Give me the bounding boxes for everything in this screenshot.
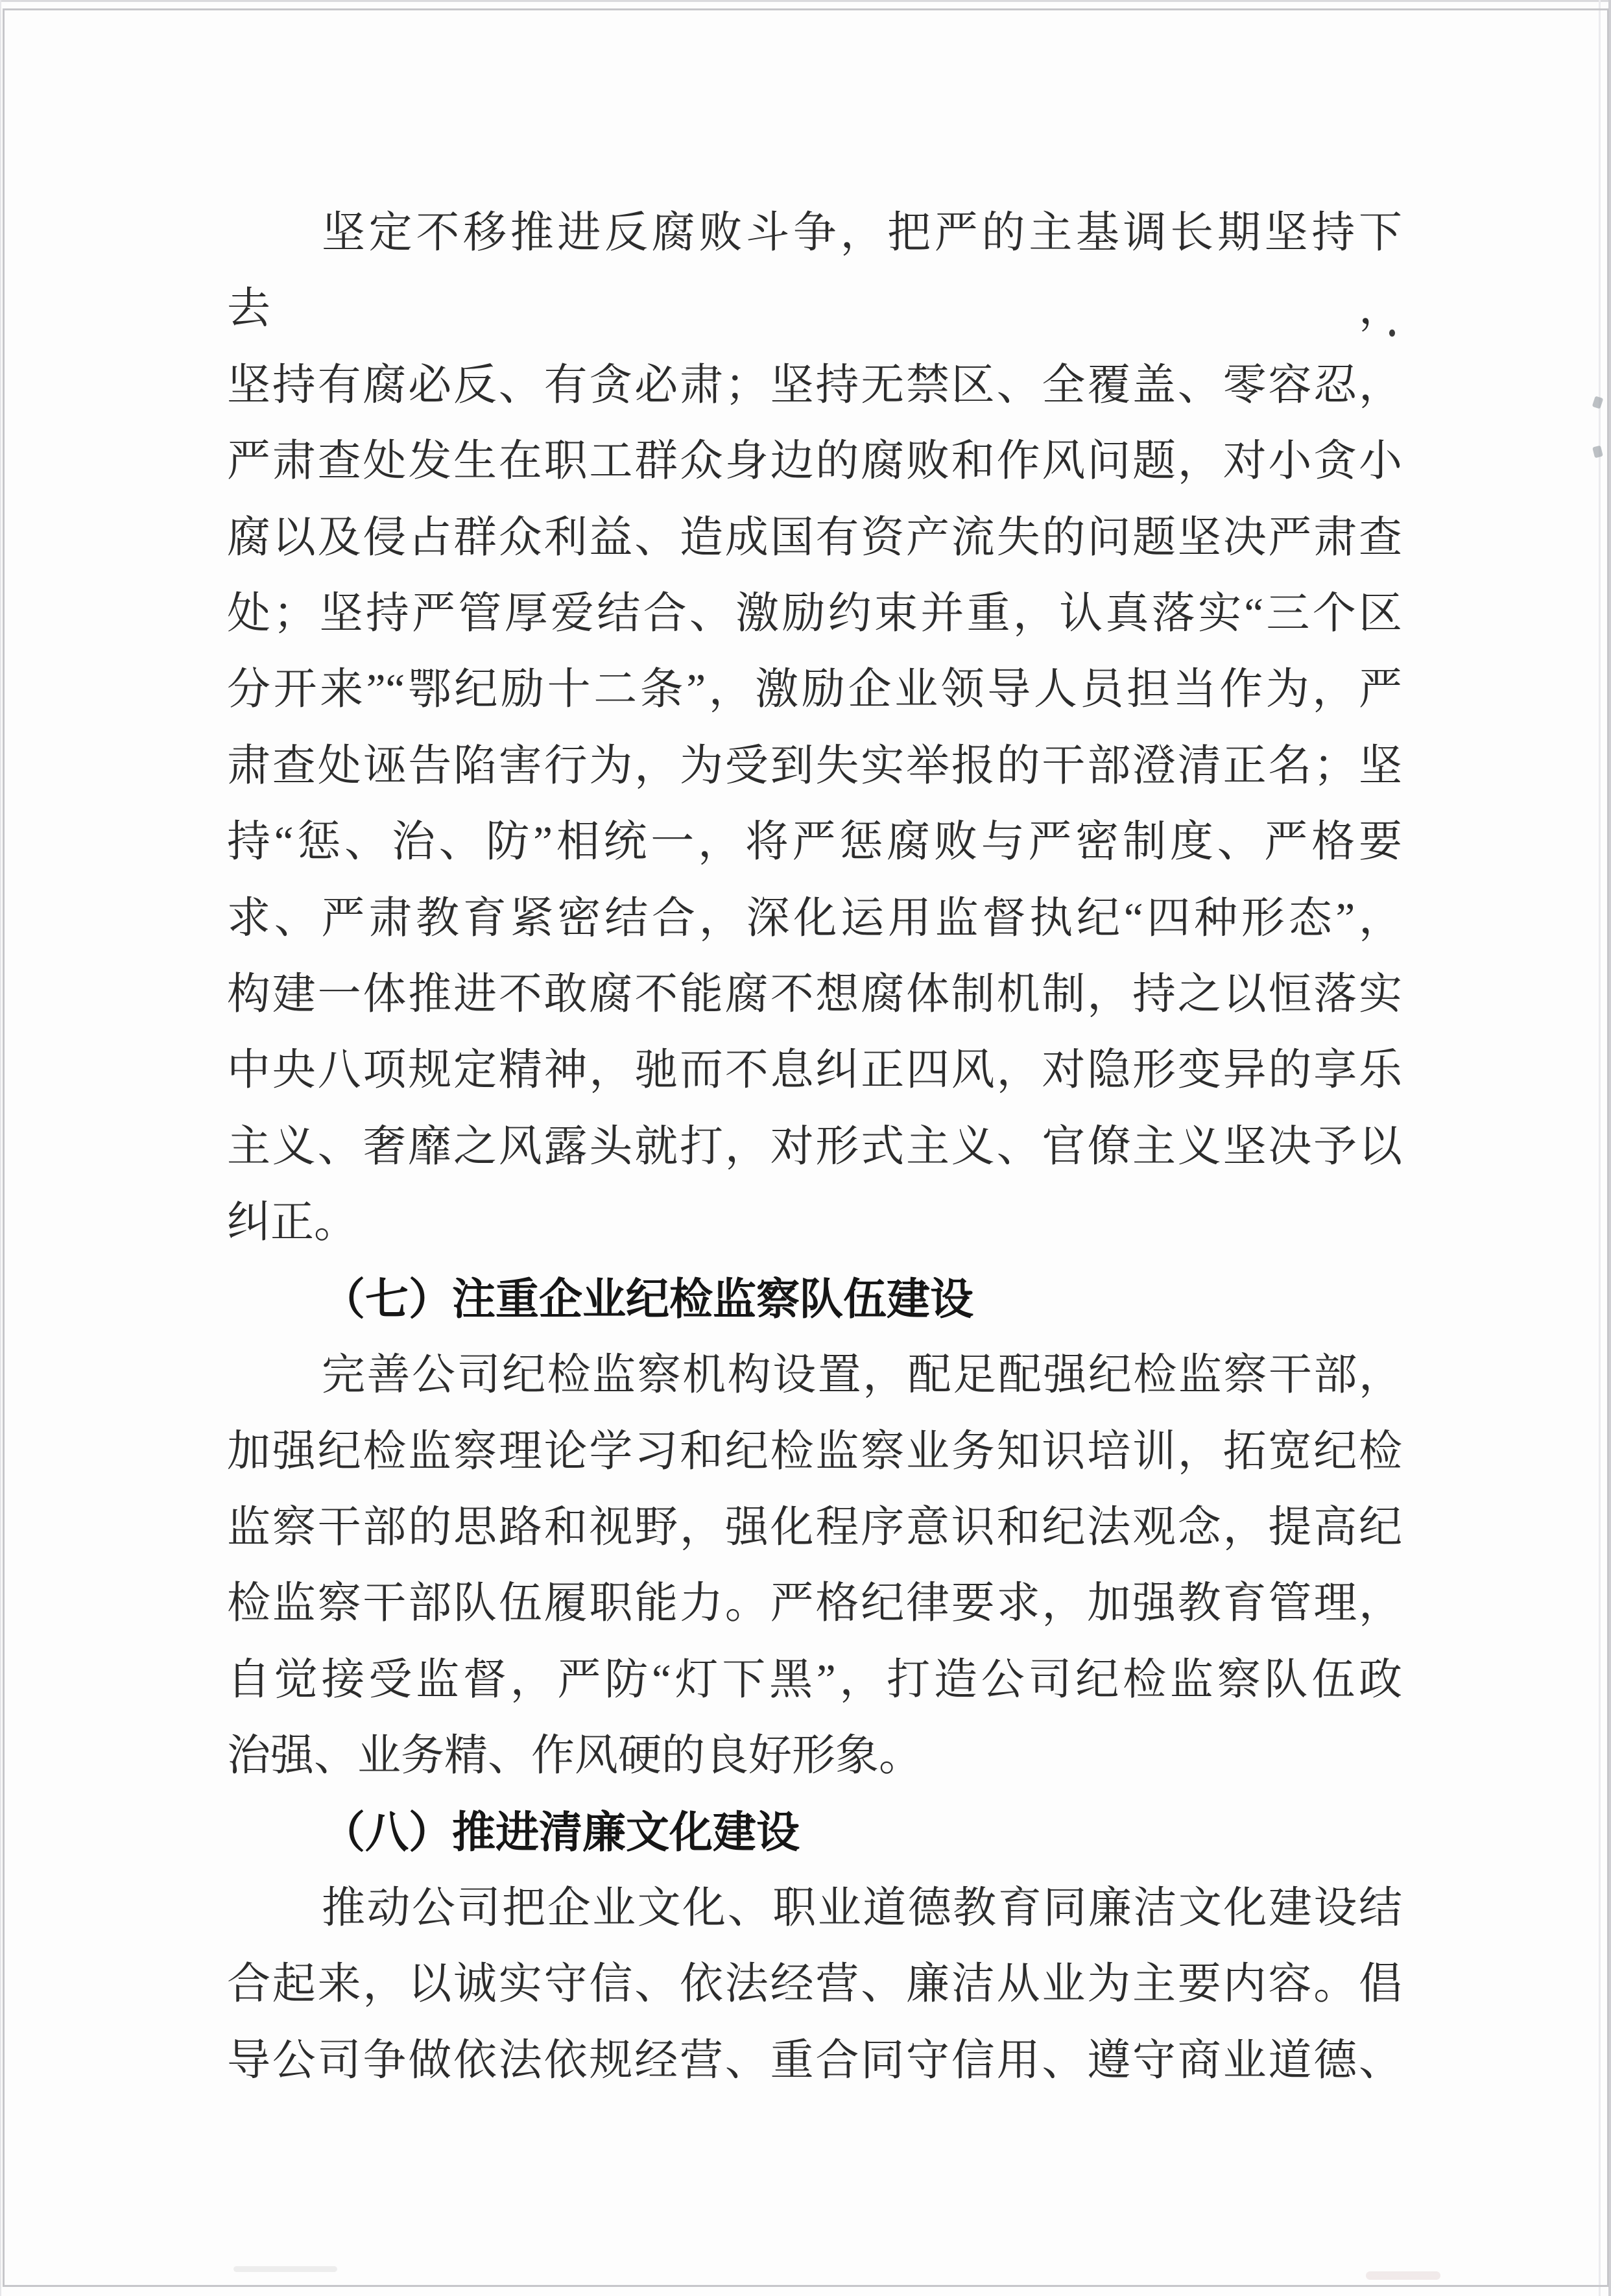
text-line: 完善公司纪检监察机构设置，配足配强纪检监察干部， [227,1337,1402,1413]
text-line: 肃查处诬告陷害行为，为受到失实举报的干部澄清正名；坚 [227,728,1402,804]
document-body: 坚定不移推进反腐败斗争，把严的主基调长期坚持下去，坚持有腐必反、有贪必肃；坚持无… [227,195,1402,2099]
scan-edge-left [0,0,1,2296]
scan-smudge-artifact [1366,2271,1440,2280]
text-line: 持“惩、治、防”相统一，将严惩腐败与严密制度、严格要 [227,804,1402,880]
text-line: 导公司争做依法依规经营、重合同守信用、遵守商业道德、 [227,2023,1402,2099]
text-line: 监察干部的思路和视野，强化程序意识和纪法观念，提高纪 [227,1490,1402,1566]
text-line: 坚持有腐必反、有贪必肃；坚持无禁区、全覆盖、零容忍， [227,348,1402,424]
scan-edge-top [0,0,1611,2]
text-line: 构建一体推进不敢腐不能腐不想腐体制机制，持之以恒落实 [227,957,1402,1033]
text-line: 中央八项规定精神，驰而不息纠正四风，对隐形变异的享乐 [227,1033,1402,1108]
scan-smudge-artifact [233,2266,337,2272]
text-line: 加强纪检监察理论学习和纪检监察业务知识培训，拓宽纪检 [227,1414,1402,1490]
text-line: 分开来”“鄂纪励十二条”，激励企业领导人员担当作为，严 [227,652,1402,728]
text-line: 治强、业务精、作风硬的良好形象。 [227,1718,1402,1794]
ink-dot-artifact [1389,329,1395,337]
scanned-document-page: 坚定不移推进反腐败斗争，把严的主基调长期坚持下去，坚持有腐必反、有贪必肃；坚持无… [0,0,1611,2296]
text-line: 求、严肃教育紧密结合，深化运用监督执纪“四种形态”， [227,881,1402,957]
text-line: 坚定不移推进反腐败斗争，把严的主基调长期坚持下去， [227,195,1402,348]
text-line: 合起来，以诚实守信、依法经营、廉洁从业为主要内容。倡 [227,1946,1402,2022]
text-line: 检监察干部队伍履职能力。严格纪律要求，加强教育管理， [227,1566,1402,1642]
text-line: 主义、奢靡之风露头就打，对形式主义、官僚主义坚决予以 [227,1109,1402,1185]
text-line: 纠正。 [227,1185,1402,1261]
section-heading: （七）注重企业纪检监察队伍建设 [227,1262,1402,1337]
text-line: 腐以及侵占群众利益、造成国有资产流失的问题坚决严肃查 [227,500,1402,576]
section-heading: （八）推进清廉文化建设 [227,1795,1402,1871]
text-line: 严肃查处发生在职工群众身边的腐败和作风问题，对小贪小 [227,424,1402,499]
text-line: 推动公司把企业文化、职业道德教育同廉洁文化建设结 [227,1871,1402,1946]
text-line: 处；坚持严管厚爱结合、激励约束并重，认真落实“三个区 [227,576,1402,652]
text-line: 自觉接受监督，严防“灯下黑”，打造公司纪检监察队伍政 [227,1642,1402,1718]
